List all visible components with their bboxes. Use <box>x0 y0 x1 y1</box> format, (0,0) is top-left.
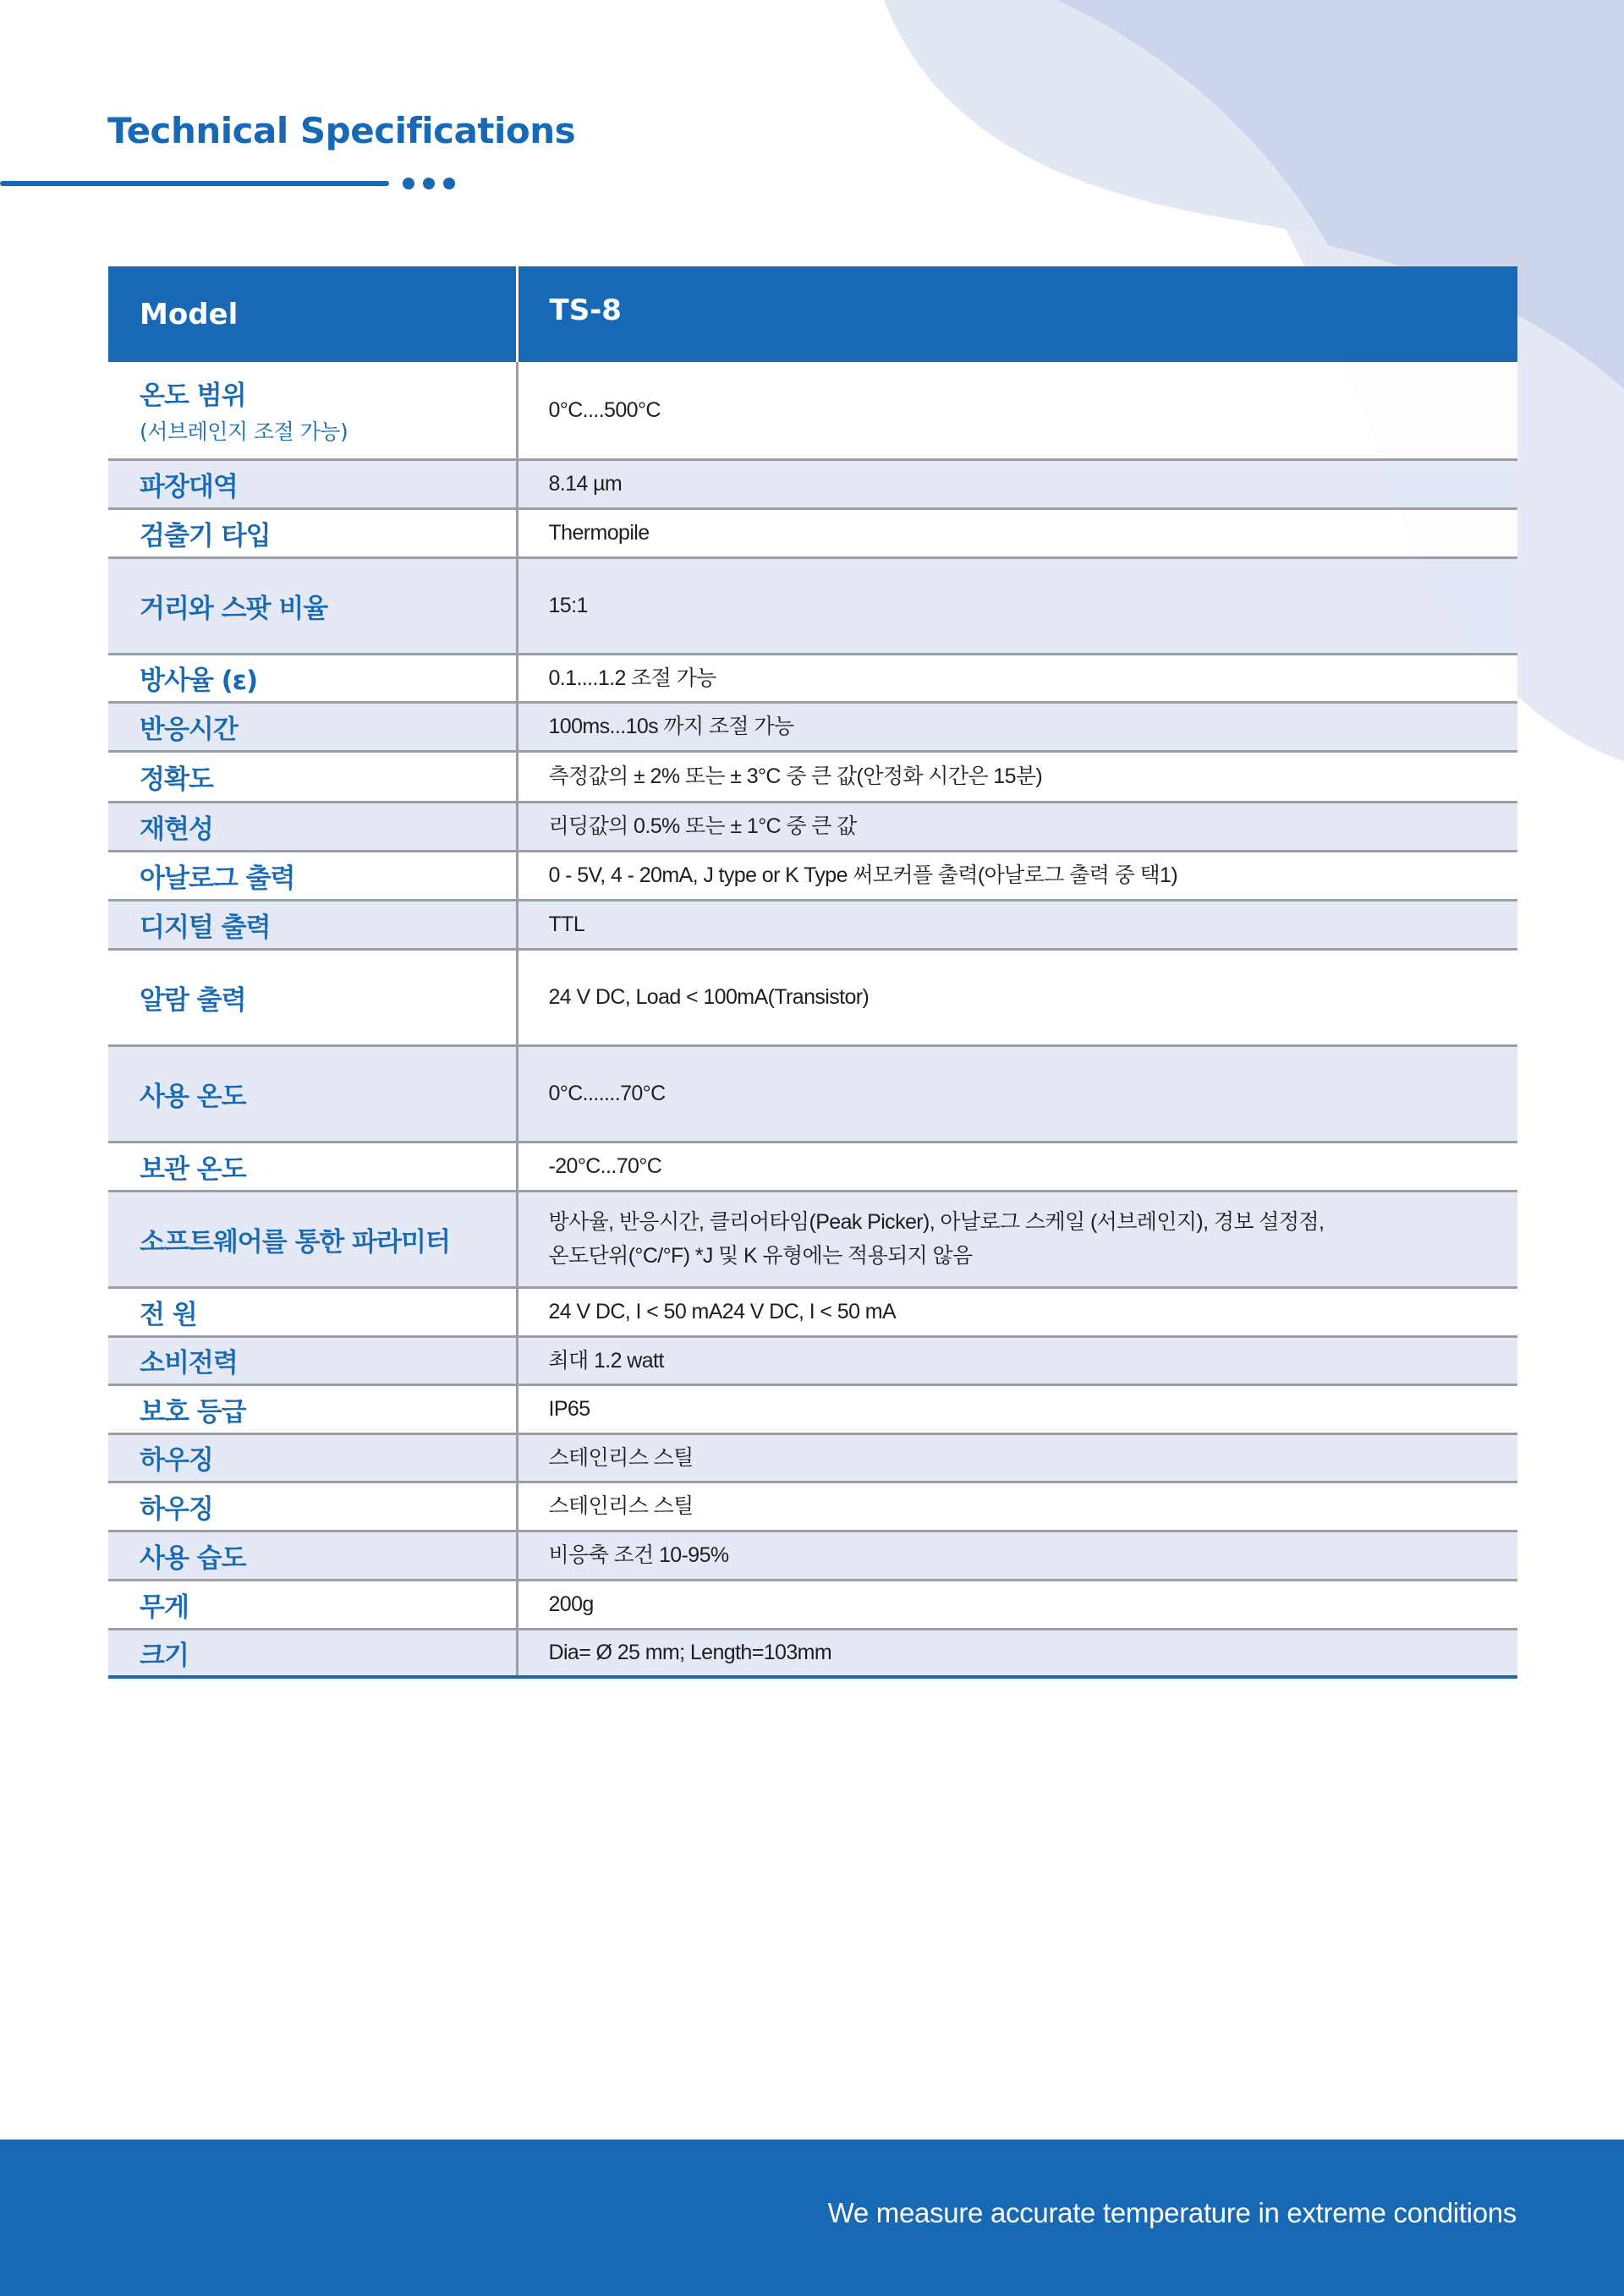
table-row: 재현성 리딩값의 0.5% 또는 ± 1°C 중 큰 값 <box>108 802 1517 851</box>
row-value-line-2: 온도단위(°C/°F) *J 및 K 유형에는 적용되지 않음 <box>549 1239 1518 1273</box>
row-value: 방사율, 반응시간, 클리어타임(Peak Picker), 아날로그 스케일 … <box>517 1191 1517 1287</box>
row-value: Thermopile <box>517 508 1517 557</box>
row-label: 하우징 <box>108 1433 517 1482</box>
row-value: 24 V DC, I < 50 mA24 V DC, I < 50 mA <box>517 1287 1517 1336</box>
model-label: Model <box>108 266 517 362</box>
row-label: 전 원 <box>108 1287 517 1336</box>
row-label: 소비전력 <box>108 1336 517 1384</box>
row-label: 반응시간 <box>108 702 517 751</box>
row-value: Dia= Ø 25 mm; Length=103mm <box>517 1629 1517 1677</box>
table-row: 정확도 측정값의 ± 2% 또는 ± 3°C 중 큰 값(안정화 시간은 15분… <box>108 751 1517 802</box>
footer-banner: We measure accurate temperature in extre… <box>0 2140 1624 2296</box>
row-label: 사용 온도 <box>108 1045 517 1142</box>
table-row: 방사율 (ε) 0.1....1.2 조절 가능 <box>108 654 1517 702</box>
row-label: 거리와 스팟 비율 <box>108 557 517 654</box>
table-row: 아날로그 출력 0 - 5V, 4 - 20mA, J type or K Ty… <box>108 851 1517 900</box>
table-row: 검출기 타입 Thermopile <box>108 508 1517 557</box>
table-row: 무게 200g <box>108 1580 1517 1629</box>
row-sublabel: (서브레인지 조절 가능) <box>140 415 516 446</box>
row-value: 0°C....500°C <box>517 362 1517 459</box>
row-value: 측정값의 ± 2% 또는 ± 3°C 중 큰 값(안정화 시간은 15분) <box>517 751 1517 802</box>
table-row: 하우징 스테인리스 스틸 <box>108 1482 1517 1531</box>
title-underline <box>0 181 389 186</box>
row-label: 보호 등급 <box>108 1384 517 1433</box>
row-label: 무게 <box>108 1580 517 1629</box>
row-label: 보관 온도 <box>108 1142 517 1191</box>
row-label: 크기 <box>108 1629 517 1677</box>
row-label: 하우징 <box>108 1482 517 1531</box>
table-row: 보관 온도 -20°C...70°C <box>108 1142 1517 1191</box>
row-value: 리딩값의 0.5% 또는 ± 1°C 중 큰 값 <box>517 802 1517 851</box>
table-row: 반응시간 100ms...10s 까지 조절 가능 <box>108 702 1517 751</box>
ellipsis-dots-icon <box>403 178 455 189</box>
row-value: TTL <box>517 900 1517 949</box>
row-label: 사용 습도 <box>108 1531 517 1580</box>
row-value: 15:1 <box>517 557 1517 654</box>
footer-tagline: We measure accurate temperature in extre… <box>828 2197 1517 2229</box>
table-row: 소비전력 최대 1.2 watt <box>108 1336 1517 1384</box>
table-row: 보호 등급 IP65 <box>108 1384 1517 1433</box>
row-label: 정확도 <box>108 751 517 802</box>
table-row: 디지털 출력 TTL <box>108 900 1517 949</box>
dot <box>403 178 414 189</box>
table-row: 온도 범위 (서브레인지 조절 가능) 0°C....500°C <box>108 362 1517 459</box>
row-value: 24 V DC, Load < 100mA(Transistor) <box>517 949 1517 1045</box>
table-row: 크기 Dia= Ø 25 mm; Length=103mm <box>108 1629 1517 1677</box>
page-title: Technical Specifications <box>107 110 575 151</box>
table-row: 파장대역 8.14 µm <box>108 459 1517 508</box>
table-row: 사용 습도 비응축 조건 10-95% <box>108 1531 1517 1580</box>
row-value-line-1: 방사율, 반응시간, 클리어타임(Peak Picker), 아날로그 스케일 … <box>549 1205 1518 1239</box>
row-label: 소프트웨어를 통한 파라미터 <box>108 1191 517 1287</box>
row-value: 최대 1.2 watt <box>517 1336 1517 1384</box>
row-value: 0.1....1.2 조절 가능 <box>517 654 1517 702</box>
row-label: 파장대역 <box>108 459 517 508</box>
row-value: 0 - 5V, 4 - 20mA, J type or K Type 써모커플 … <box>517 851 1517 900</box>
row-label: 아날로그 출력 <box>108 851 517 900</box>
table-row: 전 원 24 V DC, I < 50 mA24 V DC, I < 50 mA <box>108 1287 1517 1336</box>
row-label: 알람 출력 <box>108 949 517 1045</box>
row-value: 200g <box>517 1580 1517 1629</box>
table-row: 사용 온도 0°C.......70°C <box>108 1045 1517 1142</box>
row-value: 8.14 µm <box>517 459 1517 508</box>
row-label-text: 온도 범위 <box>140 381 246 411</box>
dot <box>443 178 455 189</box>
row-value: 100ms...10s 까지 조절 가능 <box>517 702 1517 751</box>
row-value: -20°C...70°C <box>517 1142 1517 1191</box>
row-value: 스테인리스 스틸 <box>517 1482 1517 1531</box>
row-label: 디지털 출력 <box>108 900 517 949</box>
table-row: 알람 출력 24 V DC, Load < 100mA(Transistor) <box>108 949 1517 1045</box>
row-label: 온도 범위 (서브레인지 조절 가능) <box>108 362 517 459</box>
table-header-row: Model TS-8 <box>108 266 1517 362</box>
row-value: 스테인리스 스틸 <box>517 1433 1517 1482</box>
table-row: 거리와 스팟 비율 15:1 <box>108 557 1517 654</box>
row-label: 방사율 (ε) <box>108 654 517 702</box>
model-value: TS-8 <box>517 266 1517 362</box>
row-label: 검출기 타입 <box>108 508 517 557</box>
row-value: 0°C.......70°C <box>517 1045 1517 1142</box>
dot <box>423 178 435 189</box>
row-label: 재현성 <box>108 802 517 851</box>
table-row: 하우징 스테인리스 스틸 <box>108 1433 1517 1482</box>
spec-table: Model TS-8 온도 범위 (서브레인지 조절 가능) 0°C....50… <box>108 266 1517 1679</box>
row-value: IP65 <box>517 1384 1517 1433</box>
table-row: 소프트웨어를 통한 파라미터 방사율, 반응시간, 클리어타임(Peak Pic… <box>108 1191 1517 1287</box>
row-value: 비응축 조건 10-95% <box>517 1531 1517 1580</box>
